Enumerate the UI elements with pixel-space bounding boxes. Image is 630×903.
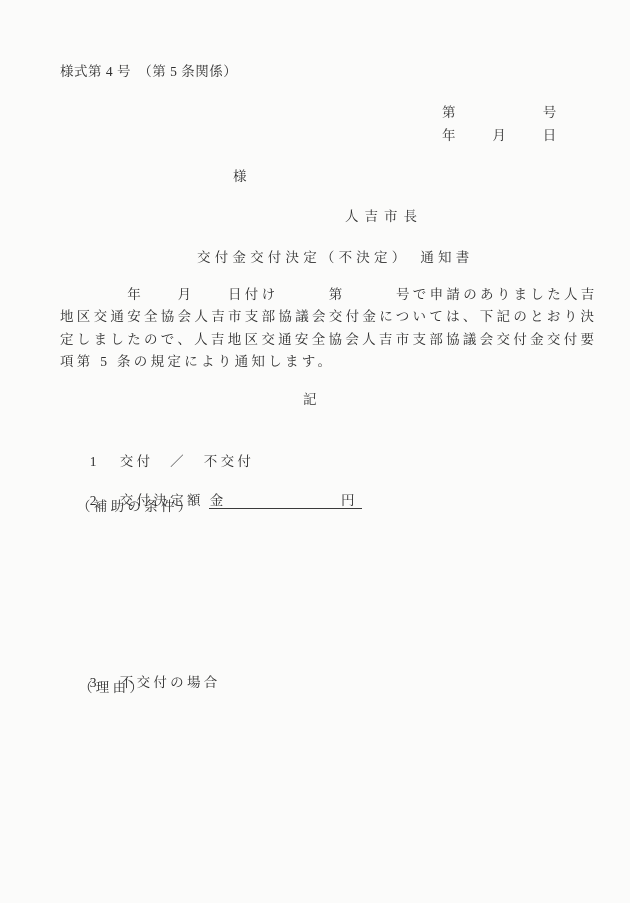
body-line-2: 地区交通安全協会人吉市支部協議会交付金については、下記のとおり決 xyxy=(60,306,598,328)
date-line: 年 月 日 xyxy=(442,129,560,143)
amount-blank-field: 金円 xyxy=(209,494,362,509)
amount-prefix: 金 xyxy=(210,494,227,508)
item-1-label: 交付 ／ 不交付 xyxy=(120,454,254,469)
item-1: 1交付 ／ 不交付 xyxy=(63,441,254,483)
body-paragraph: 年 月 日付け 第 号で申請のありました人吉 地区交通安全協会人吉市支部協議会交… xyxy=(60,284,598,373)
document-number-line: 第 号 xyxy=(442,106,560,120)
addressee-suffix: 様 xyxy=(233,170,250,184)
document-title: 交付金交付決定（不決定） 通知書 xyxy=(197,251,473,265)
form-number: 様式第 4 号 （第 5 条関係） xyxy=(60,65,237,79)
document-page: 様式第 4 号 （第 5 条関係） 第 号 年 月 日 様 人吉市長 交付金交付… xyxy=(0,0,630,903)
item-1-number: 1 xyxy=(90,454,100,469)
ki-marker: 記 xyxy=(303,393,320,407)
body-line-4: 項第 5 条の規定により通知します。 xyxy=(60,351,598,373)
sender-name: 人吉市長 xyxy=(345,210,423,224)
body-line-1: 年 月 日付け 第 号で申請のありました人吉 xyxy=(60,284,598,306)
item-2-subnote: （補助の条件） xyxy=(77,500,195,514)
body-line-3: 定しましたので、人吉地区交通安全協会人吉市支部協議会交付金交付要 xyxy=(60,329,598,351)
amount-suffix: 円 xyxy=(341,494,358,508)
item-3-subnote: （理由） xyxy=(79,681,146,695)
